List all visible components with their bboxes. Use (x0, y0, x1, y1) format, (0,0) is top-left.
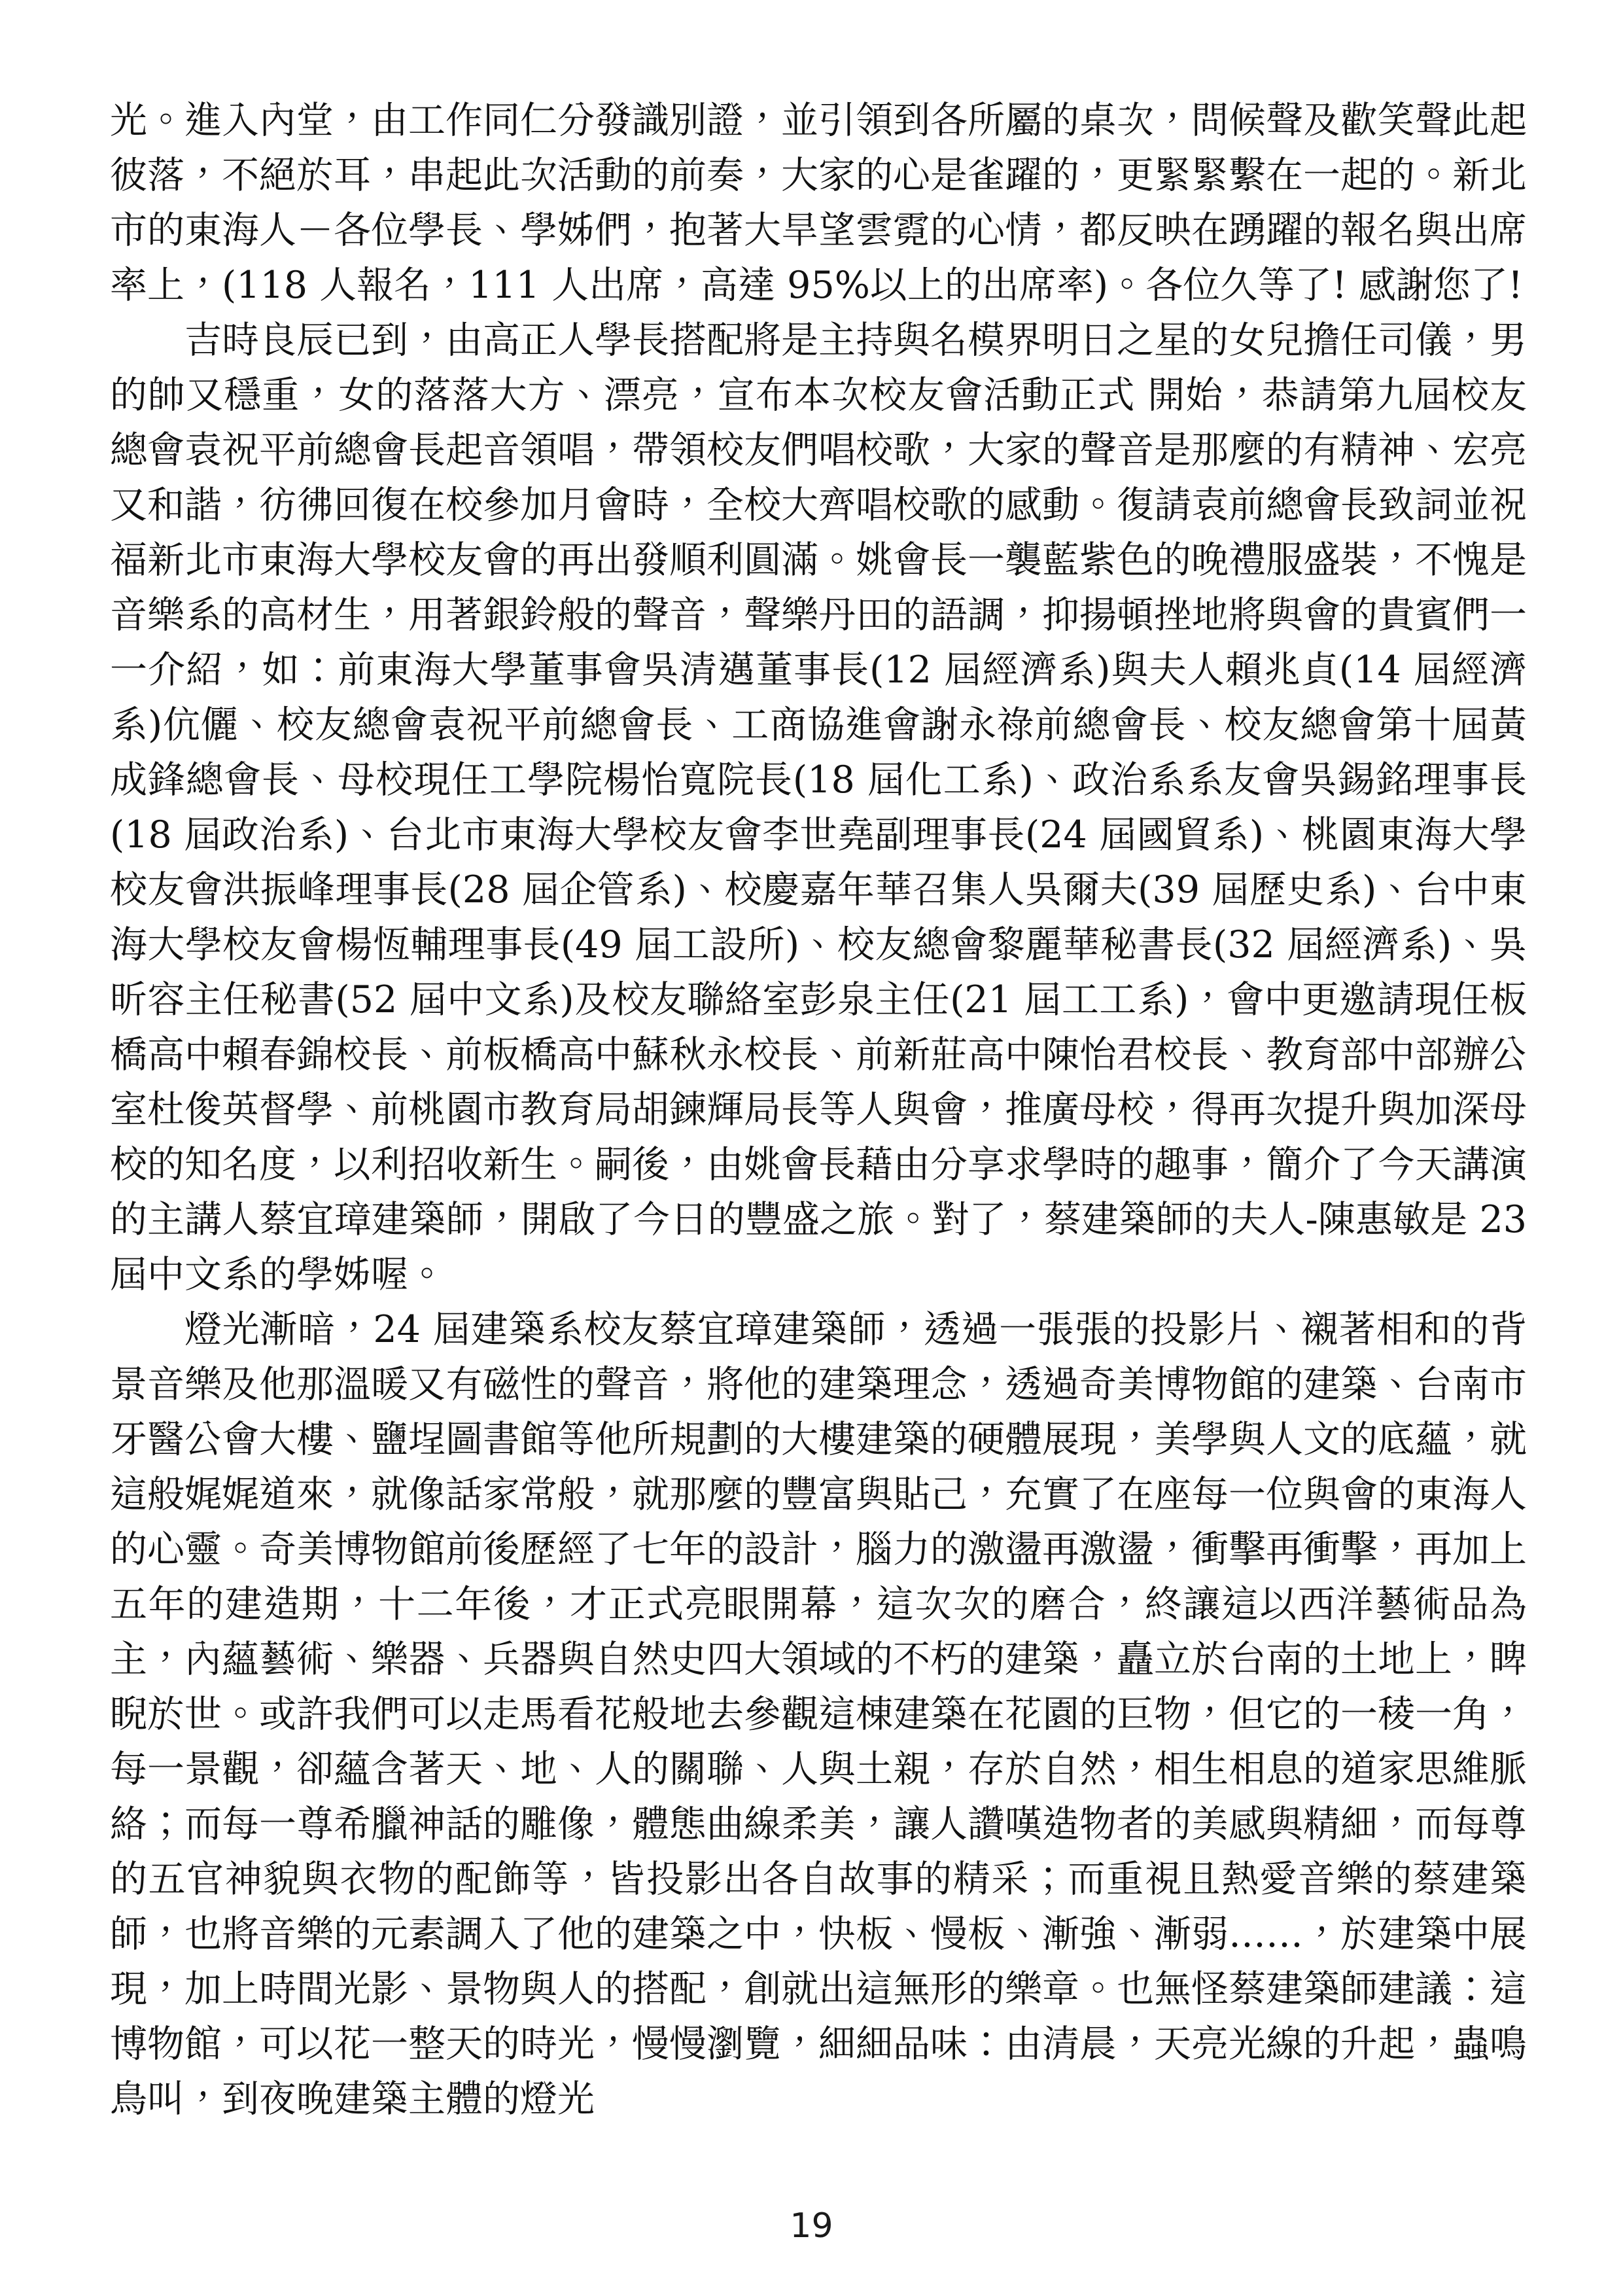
paragraph-ceremony: 吉時良辰已到，由高正人學長搭配將是主持與名模界明日之星的女兒擔任司儀，男的帥又穩… (110, 313, 1527, 1302)
page-number: 19 (0, 2206, 1623, 2246)
paragraph-continuation: 光。進入內堂，由工作同仁分發識別證，並引領到各所屬的桌次，問候聲及歡笑聲此起彼落… (110, 93, 1527, 313)
paragraph-lecture: 燈光漸暗，24 屆建築系校友蔡宜璋建築師，透過一張張的投影片、襯著相和的背景音樂… (110, 1302, 1527, 2127)
document-page: 光。進入內堂，由工作同仁分發識別證，並引領到各所屬的桌次，問候聲及歡笑聲此起彼落… (0, 0, 1623, 2296)
page-content: 光。進入內堂，由工作同仁分發識別證，並引領到各所屬的桌次，問候聲及歡笑聲此起彼落… (110, 93, 1527, 2127)
